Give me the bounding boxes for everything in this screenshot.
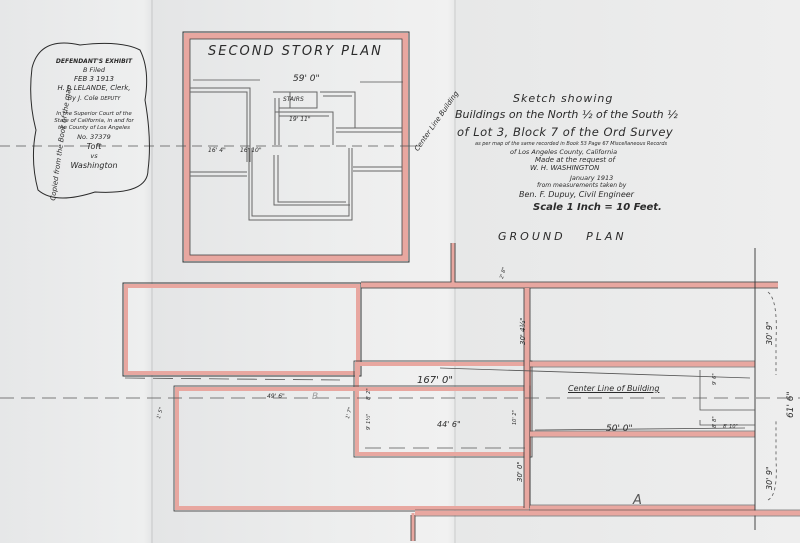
total-depth: 61' 6" — [786, 391, 796, 418]
filed-label: Filed — [90, 66, 105, 74]
small-dim-3: 9' 1½" — [366, 414, 372, 430]
court-line-3: the County of Los Angeles — [40, 125, 148, 132]
by-label: By — [68, 94, 76, 102]
title-line-2: Buildings on the North ½ of the South ½ — [455, 108, 678, 121]
dim-left: 16' 4" — [208, 147, 226, 154]
mark-b: B — [312, 392, 318, 402]
title-line-1: Sketch showing — [513, 92, 613, 105]
title-line-9: from measurements taken by — [537, 182, 626, 189]
stairs-label: STAIRS — [283, 96, 304, 103]
clerk-name: H. J. LELANDE, Clerk, — [40, 84, 148, 93]
exhibit-stamp: DEFENDANT'S EXHIBIT B Filed FEB 3 1913 H… — [40, 58, 148, 172]
title-line-6: Made at the request of — [535, 156, 615, 164]
small-dim-7: 8' 8" — [712, 416, 718, 428]
ground-plan-title: GROUND PLAN — [498, 230, 627, 243]
ground-plan-walls — [123, 243, 800, 541]
mid-length-dim: 44' 6" — [437, 420, 461, 429]
deputy-signature: J. Cole — [78, 94, 98, 102]
second-story-title: SECOND STORY PLAN — [208, 44, 383, 59]
title-line-4: as per map of the same recorded in Book … — [475, 141, 667, 147]
small-dim-4: 8' 2" — [366, 388, 372, 400]
party-defendant: Washington — [40, 161, 148, 172]
title-line-5: of Los Angeles County, California — [510, 148, 617, 156]
scale-label: Scale 1 Inch = 10 Feet. — [533, 202, 662, 213]
versus-label: vs — [40, 152, 148, 161]
dim-mid: 16' 10" — [240, 147, 262, 154]
second-story-width-dim: 59' 0" — [293, 74, 320, 84]
case-number: No. 37379 — [40, 133, 148, 142]
title-line-10: Ben. F. Dupuy, Civil Engineer — [519, 190, 634, 199]
ground-plan-dimension-lines — [0, 292, 800, 500]
party-plaintiff: Toft — [40, 142, 148, 153]
title-line-3: of Lot 3, Block 7 of the Ord Survey — [457, 125, 673, 139]
small-dim-8: 8' 10" — [723, 424, 738, 430]
court-line-1: In the Superior Court of the — [40, 111, 148, 118]
exhibit-title: DEFENDANT'S EXHIBIT — [40, 58, 148, 66]
overall-length-dim: 167' 0" — [417, 375, 453, 386]
second-story-inner-walls — [190, 88, 402, 220]
room-dim: 19' 11" — [289, 116, 311, 123]
mid-upper-depth: 30' 4½" — [519, 317, 527, 345]
small-dim-6: 9' 6" — [712, 373, 718, 385]
mid-lower-depth: 30' 0" — [516, 461, 524, 482]
exhibit-letter: B — [83, 66, 87, 74]
right-upper-depth: 30' 9" — [765, 321, 774, 345]
mark-a: A — [633, 493, 642, 508]
left-length-dim: 49' 6" — [267, 393, 285, 400]
right-length-dim: 50' 0" — [606, 424, 633, 434]
title-line-7: W. H. WASHINGTON — [530, 164, 599, 172]
small-dim-5: 10' 2" — [512, 410, 518, 425]
deputy-label: DEPUTY — [101, 96, 121, 102]
court-line-2: State of California, in and for — [40, 118, 148, 125]
center-line-building-label: Center Line of Building — [568, 384, 659, 393]
title-line-8: January 1913 — [570, 174, 613, 182]
right-lower-depth: 30' 9" — [765, 466, 774, 490]
drawing-sheet: Copied from the Book of the map DEFENDAN… — [0, 0, 800, 543]
filed-date: FEB 3 1913 — [40, 75, 148, 84]
